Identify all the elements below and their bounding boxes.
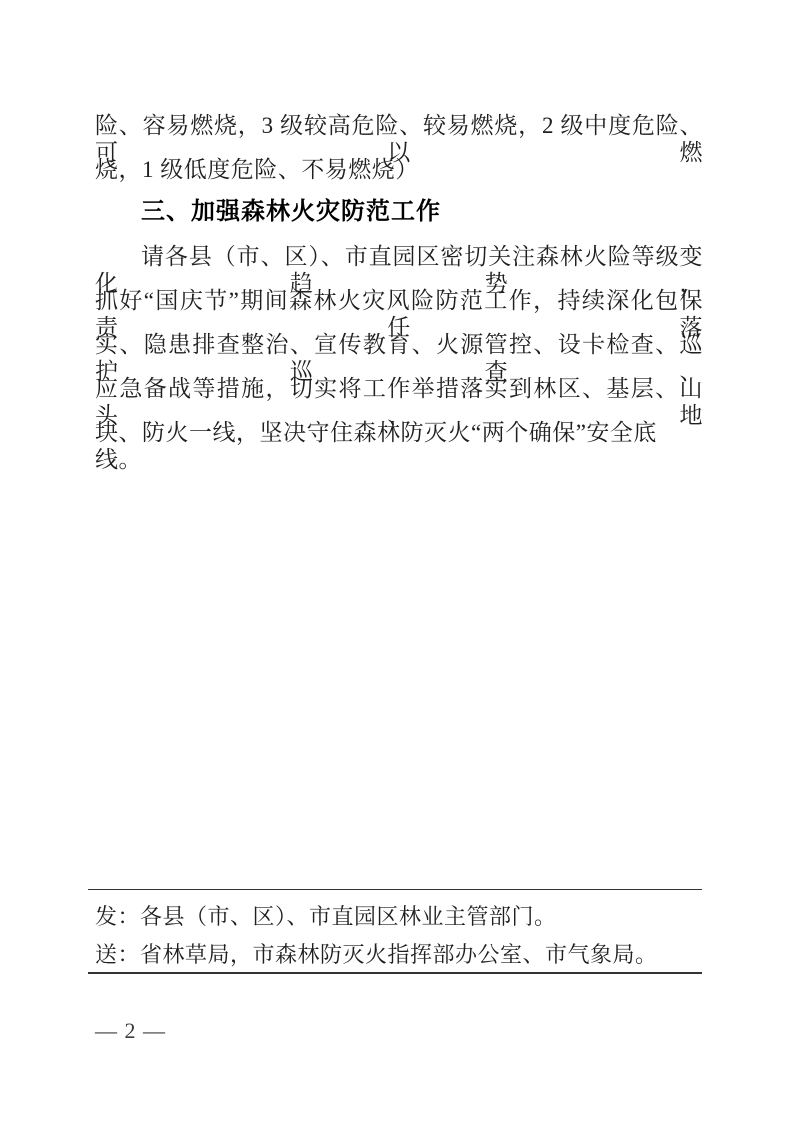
section-heading: 三、加强森林火灾防范工作	[141, 198, 703, 226]
document-page: 险、容易燃烧，3 级较高危险、较易燃烧，2 级中度危险、可以燃 烧，1 级低度危…	[0, 0, 793, 1122]
distribution-block-top-rule	[88, 889, 702, 890]
distribution-line: 发：各县（市、区）、市直园区林业主管部门。	[95, 903, 703, 930]
cc-line: 送：省林草局，市森林防灭火指挥部办公室、市气象局。	[95, 941, 703, 968]
distribution-block-bottom-rule	[88, 972, 702, 974]
page-number: — 2 —	[95, 1018, 166, 1044]
body-text-line: 烧，1 级低度危险、不易燃烧）	[95, 156, 703, 183]
paragraph-line: 块、防火一线，坚决守住森林防灭火“两个确保”安全底线。	[95, 419, 703, 473]
